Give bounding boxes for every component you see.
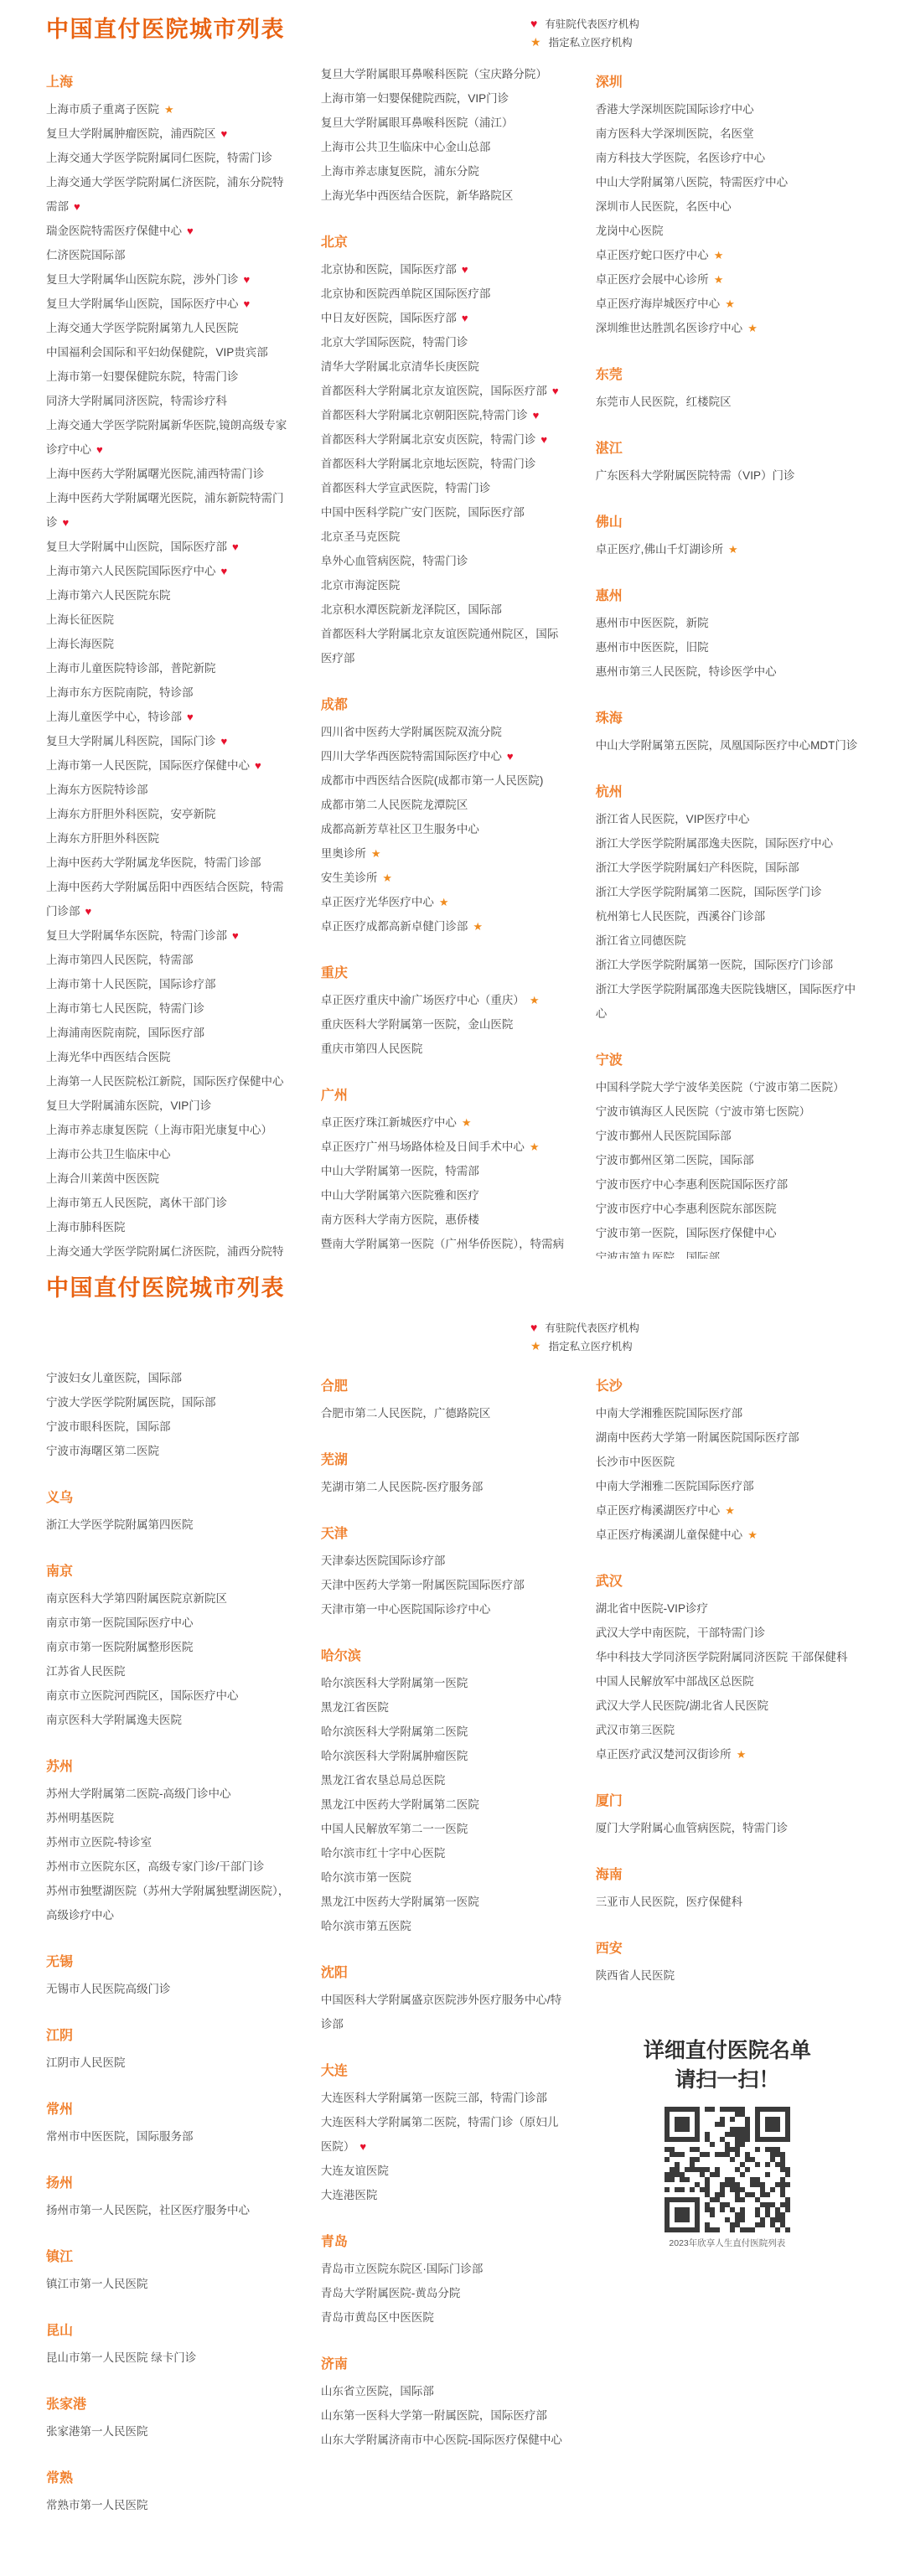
hospital-entry: 宁波市医疗中心李惠利医院国际医疗部 (596, 1172, 859, 1197)
page-title: 中国直付医院城市列表 (46, 15, 285, 44)
hospital-entry: 首都医科大学附属北京地坛医院，特需门诊 (321, 452, 566, 476)
hospital-entry: 复旦大学附属眼耳鼻喉科医院（宝庆路分院） (321, 62, 566, 86)
heart-icon: ♥ (232, 929, 239, 942)
hospital-entry: 深圳维世达胜凯名医诊疗中心★ (596, 316, 859, 340)
hospital-name: 卓正医疗广州马场路体检及日间手术中心 (321, 1141, 525, 1153)
hospital-name: 青岛市立医院东院区·国际门诊部 (321, 2263, 484, 2275)
city-header: 上海 (46, 70, 292, 95)
heart-icon: ♥ (187, 225, 194, 237)
legend-heart-row: ♥有驻院代表医疗机构 (530, 15, 859, 34)
hospital-name: 哈尔滨医科大学附属第一医院 (321, 1677, 468, 1689)
city-section-广州: 广州卓正医疗珠江新城医疗中心★卓正医疗广州马场路体检及日间手术中心★中山大学附属… (321, 1084, 566, 1259)
city-header: 长沙 (596, 1374, 859, 1399)
hospital-entry: 首都医科大学宣武医院，特需门诊 (321, 476, 566, 500)
heart-icon: ♥ (85, 905, 92, 918)
hospital-name: 南京市第一医院附属整形医院 (46, 1641, 194, 1653)
hospital-name: 江苏省人民医院 (46, 1665, 126, 1678)
hospital-name: 卓正医疗珠江新城医疗中心 (321, 1116, 457, 1129)
hospital-entry: 天津泰达医院国际诊疗部 (321, 1549, 566, 1573)
hospital-name: 上海市儿童医院特诊部，普陀新院 (46, 662, 216, 675)
hospital-entry: 深圳市人民医院，名医中心 (596, 194, 859, 219)
legend-heart-row: ♥有驻院代表医疗机构 (530, 1319, 859, 1337)
hospital-name: 上海市东方医院南院，特诊部 (46, 686, 194, 699)
heart-icon: ♥ (255, 759, 261, 772)
city-section-镇江: 镇江镇江市第一人民医院 (46, 2245, 292, 2296)
hospital-name: 首都医科大学附属北京友谊医院通州院区，国际医疗部 (321, 628, 559, 665)
hospital-name: 上海东方肝胆外科医院 (46, 832, 159, 845)
hospital-entry: 上海市东方医院南院，特诊部 (46, 680, 292, 705)
star-icon: ★ (530, 1141, 540, 1153)
hospital-entry: 大连医科大学附属第一医院三部，特需门诊部 (321, 2086, 566, 2110)
hospital-name: 宁波市医疗中心李惠利医院国际医疗部 (596, 1178, 789, 1191)
hospital-name: 上海市第十人民医院，国际诊疗部 (46, 978, 216, 991)
city-header: 青岛 (321, 2230, 566, 2254)
city-section-宁波: 宁波中国科学院大学宁波华美医院（宁波市第二医院）宁波市镇海区人民医院（宁波市第七… (596, 1048, 859, 1259)
star-icon: ★ (371, 847, 381, 860)
hospital-name: 中南大学湘雅二医院国际医疗部 (596, 1480, 754, 1492)
hospital-entry: 哈尔滨医科大学附属第二医院 (321, 1720, 566, 1744)
heart-icon: ♥ (533, 409, 540, 422)
hospital-entry: 宁波市镇海区人民医院（宁波市第七医院） (596, 1099, 859, 1124)
hospital-entry: 上海东方肝胆外科医院，安亭新院 (46, 802, 292, 826)
hospital-entry: 哈尔滨市第五医院 (321, 1914, 566, 1938)
hospital-entry: 大连友谊医院 (321, 2159, 566, 2183)
page-title: 中国直付医院城市列表 (46, 1274, 285, 1302)
city-header: 湛江 (596, 437, 859, 461)
city-section-北京: 北京北京协和医院，国际医疗部♥北京协和医院西单院区国际医疗部中日友好医院，国际医… (321, 230, 566, 670)
hospital-name: 惠州市第三人民医院，特诊医学中心 (596, 665, 777, 678)
star-icon: ★ (164, 103, 174, 116)
hospital-name: 龙岗中心医院 (596, 225, 664, 237)
hospital-name: 合肥市第二人民医院，广德路院区 (321, 1407, 491, 1420)
hospital-entry: 卓正医疗海岸城医疗中心★ (596, 292, 859, 316)
hospital-entry: 中山大学附属第五医院，凤凰国际医疗中心MDT门诊 (596, 733, 859, 758)
heart-icon: ♥ (221, 565, 228, 577)
star-icon: ★ (714, 249, 724, 261)
hospital-name: 镇江市第一人民医院 (46, 2278, 148, 2290)
hospital-entry: 南京市第一医院国际医疗中心 (46, 1611, 292, 1635)
hospital-name: 首都医科大学附属北京友谊医院，国际医疗部 (321, 385, 547, 397)
heart-icon: ♥ (462, 312, 468, 324)
page1-column-1: 上海上海市质子重离子医院★复旦大学附属肿瘤医院，浦西院区♥上海交通大学医学院附属… (46, 62, 292, 1259)
city-header: 哈尔滨 (321, 1644, 566, 1668)
hospital-name: 复旦大学附属肿瘤医院，浦西院区 (46, 127, 216, 140)
hospital-name: 大连友谊医院 (321, 2165, 389, 2177)
hospital-name: 浙江大学医学院附属第一医院，国际医疗门诊部 (596, 959, 834, 971)
hospital-name: 黑龙江中医药大学附属第二医院 (321, 1798, 479, 1811)
star-icon: ★ (725, 1504, 735, 1517)
hospital-entry: 黑龙江省农垦总局总医院 (321, 1768, 566, 1792)
hospital-name: 重庆医科大学附属第一医院，金山医院 (321, 1018, 514, 1031)
hospital-entry: 上海市公共卫生临床中心 (46, 1142, 292, 1166)
city-section-大连: 大连大连医科大学附属第一医院三部，特需门诊部大连医科大学附属第二医院，特需门诊（… (321, 2059, 566, 2207)
city-section-成都: 成都四川省中医药大学附属医院双流分院四川大学华西医院特需国际医疗中心♥成都市中西… (321, 693, 566, 939)
page1-column-3: 深圳香港大学深圳医院国际诊疗中心南方医科大学深圳医院，名医堂南方科技大学医院，名… (596, 62, 859, 1259)
hospital-name: 卓正医疗,佛山千灯湖诊所 (596, 543, 723, 556)
hospital-name: 上海市第一妇婴保健院东院，特需门诊 (46, 370, 239, 383)
city-header: 武汉 (596, 1570, 859, 1594)
hospital-name: 广东医科大学附属医院特需（VIP）门诊 (596, 469, 795, 482)
hospital-entry: 瑞金医院特需医疗保健中心♥ (46, 219, 292, 243)
hospital-entry: 苏州大学附属第二医院-高级门诊中心 (46, 1782, 292, 1806)
hospital-entry: 卓正医疗,佛山千灯湖诊所★ (596, 537, 859, 561)
hospital-name: 北京市海淀医院 (321, 579, 401, 592)
hospital-name: 浙江省立同德医院 (596, 934, 686, 947)
heart-icon: ♥ (530, 17, 537, 30)
hospital-entry: 黑龙江中医药大学附属第二医院 (321, 1792, 566, 1817)
hospital-name: 暨南大学附属第一医院（广州华侨医院），特需病区 (321, 1238, 564, 1259)
hospital-entry: 卓正医疗成都高新卓健门诊部★ (321, 914, 566, 939)
hospital-name: 复旦大学附属儿科医院，国际门诊 (46, 735, 216, 747)
hospital-entry: 中国人民解放军中部战区总医院 (596, 1669, 859, 1694)
city-section-常州: 常州常州市中医医院，国际服务部 (46, 2098, 292, 2149)
hospital-entry: 上海中医药大学附属曙光医院,浦西特需门诊 (46, 462, 292, 486)
hospital-entry: 中山大学附属第八医院，特需医疗中心 (596, 170, 859, 194)
hospital-entry: 南方医科大学深圳医院，名医堂 (596, 122, 859, 146)
city-section-深圳: 深圳香港大学深圳医院国际诊疗中心南方医科大学深圳医院，名医堂南方科技大学医院，名… (596, 70, 859, 340)
hospital-entry: 浙江大学医学院附属邵逸夫医院钱塘区，国际医疗中心 (596, 977, 859, 1026)
city-header: 无锡 (46, 1950, 292, 1974)
hospital-entry: 惠州市中医医院，旧院 (596, 635, 859, 660)
hospital-entry: 卓正医疗蛇口医疗中心★ (596, 243, 859, 267)
hospital-entry: 上海市第五人民医院，离休干部门诊 (46, 1191, 292, 1215)
hospital-entry: 上海市质子重离子医院★ (46, 97, 292, 122)
hospital-name: 浙江大学医学院附属第二医院，国际医学门诊 (596, 886, 822, 898)
hospital-entry: 北京协和医院西单院区国际医疗部 (321, 282, 566, 306)
hospital-name: 复旦大学附属眼耳鼻喉科医院（浦江） (321, 116, 514, 129)
page2-column-2: 合肥合肥市第二人民医院，广德路院区芜湖芜湖市第二人民医院-医疗服务部天津天津泰达… (321, 1366, 566, 2517)
hospital-name: 浙江省人民医院，VIP医疗中心 (596, 813, 750, 825)
star-icon: ★ (714, 273, 724, 286)
hospital-name: 上海儿童医学中心，特诊部 (46, 711, 182, 723)
hospital-entry: 卓正医疗广州马场路体检及日间手术中心★ (321, 1135, 566, 1159)
hospital-entry: 复旦大学附属华山医院，国际医疗中心♥ (46, 292, 292, 316)
city-section-天津: 天津天津泰达医院国际诊疗部天津中医药大学第一附属医院国际医疗部天津市第一中心医院… (321, 1522, 566, 1622)
hospital-name: 中国中医科学院广安门医院，国际医疗部 (321, 506, 525, 519)
hospital-entry: 复旦大学附属华东医院，特需门诊部♥ (46, 923, 292, 948)
city-section-苏州: 苏州苏州大学附属第二医院-高级门诊中心苏州明基医院苏州市立医院-特诊室苏州市立医… (46, 1755, 292, 1927)
hospital-name: 上海长征医院 (46, 613, 114, 626)
hospital-entry: 上海市第四人民医院，特需部 (46, 948, 292, 972)
hospital-entry: 四川省中医药大学附属医院双流分院 (321, 720, 566, 744)
hospital-entry: 宁波市鄞州区第二医院，国际部 (596, 1148, 859, 1172)
city-header: 江阴 (46, 2024, 292, 2048)
hospital-name: 昆山市第一人民医院 绿卡门诊 (46, 2351, 196, 2364)
star-icon: ★ (747, 322, 758, 334)
page2-columns: 宁波妇女儿童医院，国际部宁波大学医学院附属医院，国际部宁波市眼科医院，国际部宁波… (46, 1366, 859, 2517)
hospital-entry: 大连港医院 (321, 2183, 566, 2207)
hospital-entry: 首都医科大学附属北京安贞医院，特需门诊♥ (321, 427, 566, 452)
heart-icon: ♥ (507, 750, 514, 763)
city-section-continued: 宁波妇女儿童医院，国际部宁波大学医学院附属医院，国际部宁波市眼科医院，国际部宁波… (46, 1366, 292, 1463)
hospital-entry: 上海长征医院 (46, 608, 292, 632)
hospital-name: 山东省立医院，国际部 (321, 2385, 434, 2398)
heart-icon: ♥ (359, 2140, 366, 2153)
hospital-name: 宁波市鄞州区第二医院，国际部 (596, 1154, 754, 1166)
hospital-name: 三亚市人民医院，医疗保健科 (596, 1896, 743, 1908)
legend-star-label: 指定私立医疗机构 (549, 1341, 633, 1353)
hospital-entry: 卓正医疗光华医疗中心★ (321, 890, 566, 914)
hospital-entry: 上海交通大学医学院附属仁济医院，浦东分院特需部♥ (46, 170, 292, 219)
city-header: 宁波 (596, 1048, 859, 1073)
hospital-name: 宁波大学医学院附属医院，国际部 (46, 1396, 216, 1409)
hospital-entry: 上海光华中西医结合医院，新华路院区 (321, 184, 566, 208)
hospital-entry: 南京市立医院河西院区，国际医疗中心 (46, 1684, 292, 1708)
star-icon: ★ (530, 1339, 541, 1353)
hospital-entry: 北京大学国际医院，特需门诊 (321, 330, 566, 354)
city-header: 芜湖 (321, 1448, 566, 1472)
hospital-entry: 中国福利会国际和平妇幼保健院，VIP贵宾部 (46, 340, 292, 365)
hospital-name: 宁波市第一医院，国际医疗保健中心 (596, 1227, 777, 1239)
hospital-entry: 复旦大学附属肿瘤医院，浦西院区♥ (46, 122, 292, 146)
hospital-name: 卓正医疗海岸城医疗中心 (596, 297, 721, 310)
hospital-name: 无锡市人民医院高级门诊 (46, 1983, 171, 1995)
hospital-entry: 南方科技大学医院，名医诊疗中心 (596, 146, 859, 170)
city-header: 张家港 (46, 2392, 292, 2417)
hospital-entry: 三亚市人民医院，医疗保健科 (596, 1890, 859, 1914)
hospital-entry: 哈尔滨医科大学附属肿瘤医院 (321, 1744, 566, 1768)
hospital-entry: 大连医科大学附属第二医院，特需门诊（原妇儿医院）♥ (321, 2110, 566, 2159)
document: 中国直付医院城市列表 ♥有驻院代表医疗机构 ★指定私立医疗机构 上海上海市质子重… (0, 0, 905, 2563)
hospital-name: 天津泰达医院国际诊疗部 (321, 1554, 446, 1567)
hospital-entry: 仁济医院国际部 (46, 243, 292, 267)
hospital-name: 上海中医药大学附属岳阳中西医结合医院，特需门诊部 (46, 881, 284, 918)
hospital-name: 上海市养志康复医院，浦东分院 (321, 165, 479, 178)
hospital-name: 扬州市第一人民医院，社区医疗服务中心 (46, 2204, 250, 2216)
hospital-entry: 上海东方医院特诊部 (46, 778, 292, 802)
hospital-name: 卓正医疗光华医疗中心 (321, 896, 434, 908)
hospital-entry: 南方医科大学南方医院，惠侨楼 (321, 1208, 566, 1232)
hospital-name: 湖北省中医院-VIP诊疗 (596, 1602, 708, 1615)
hospital-name: 杭州第七人民医院，西溪谷门诊部 (596, 910, 766, 923)
hospital-entry: 北京协和医院，国际医疗部♥ (321, 257, 566, 282)
hospital-entry: 上海中医药大学附属岳阳中西医结合医院，特需门诊部♥ (46, 875, 292, 923)
hospital-name: 南京市第一医院国际医疗中心 (46, 1616, 194, 1629)
hospital-name: 中南大学湘雅医院国际医疗部 (596, 1407, 743, 1420)
hospital-name: 上海合川莱茵中医医院 (46, 1172, 159, 1185)
hospital-name: 香港大学深圳医院国际诊疗中心 (596, 103, 754, 116)
hospital-name: 上海交通大学医学院附属仁济医院，浦东分院特需部 (46, 176, 284, 213)
hospital-entry: 北京圣马克医院 (321, 525, 566, 549)
city-section-长沙: 长沙中南大学湘雅医院国际医疗部湖南中医药大学第一附属医院国际医疗部长沙市中医医院… (596, 1374, 859, 1547)
hospital-name: 中国医科大学附属盛京医院涉外医疗服务中心/特诊部 (321, 1994, 561, 2030)
hospital-name: 复旦大学附属眼耳鼻喉科医院（宝庆路分院） (321, 68, 547, 80)
hospital-entry: 常熟市第一人民医院 (46, 2493, 292, 2517)
hospital-name: 上海中医药大学附属龙华医院，特需门诊部 (46, 856, 261, 869)
hospital-entry: 苏州市立医院东区，高级专家门诊/干部门诊 (46, 1854, 292, 1879)
hospital-entry: 青岛大学附属医院-黄岛分院 (321, 2281, 566, 2305)
hospital-entry: 江阴市人民医院 (46, 2051, 292, 2075)
hospital-entry: 湖北省中医院-VIP诊疗 (596, 1596, 859, 1621)
hospital-entry: 中国中医科学院广安门医院，国际医疗部 (321, 500, 566, 525)
hospital-entry: 上海市第一妇婴保健院西院，VIP门诊 (321, 86, 566, 111)
city-header: 济南 (321, 2352, 566, 2377)
hospital-entry: 浙江省人民医院，VIP医疗中心 (596, 807, 859, 831)
hospital-name: 宁波市第九医院，国际部 (596, 1251, 721, 1259)
hospital-name: 南方医科大学深圳医院，名医堂 (596, 127, 754, 140)
hospital-entry: 重庆医科大学附属第一医院，金山医院 (321, 1012, 566, 1037)
hospital-name: 上海长海医院 (46, 638, 114, 650)
hospital-entry: 南京医科大学附属逸夫医院 (46, 1708, 292, 1732)
hospital-name: 中山大学附属第八医院，特需医疗中心 (596, 176, 789, 189)
hospital-name: 宁波市医疗中心李惠利医院东部医院 (596, 1203, 777, 1215)
hospital-name: 北京协和医院，国际医疗部 (321, 263, 457, 276)
hospital-entry: 成都市第二人民医院龙潭院区 (321, 793, 566, 817)
hospital-name: 复旦大学附属华山医院东院，涉外门诊 (46, 273, 239, 286)
hospital-entry: 复旦大学附属浦东医院，VIP门诊 (46, 1094, 292, 1118)
page-1: 中国直付医院城市列表 ♥有驻院代表医疗机构 ★指定私立医疗机构 上海上海市质子重… (0, 0, 905, 1259)
hospital-name: 上海交通大学医学院附属仁济医院，浦西分院特需部 (46, 1245, 284, 1259)
hospital-entry: 南京医科大学第四附属医院京新院区 (46, 1586, 292, 1611)
hospital-name: 中山大学附属第五医院，凤凰国际医疗中心MDT门诊 (596, 739, 858, 752)
hospital-name: 武汉市第三医院 (596, 1724, 675, 1736)
hospital-entry: 武汉大学中南医院，干部特需门诊 (596, 1621, 859, 1645)
hospital-name: 中国福利会国际和平妇幼保健院，VIP贵宾部 (46, 346, 268, 359)
hospital-name: 瑞金医院特需医疗保健中心 (46, 225, 182, 237)
hospital-name: 武汉大学中南医院，干部特需门诊 (596, 1627, 766, 1639)
hospital-name: 仁济医院国际部 (46, 249, 126, 261)
city-section-义乌: 义乌浙江大学医学院附属第四医院 (46, 1486, 292, 1537)
hospital-entry: 浙江大学医学院附属第四医院 (46, 1513, 292, 1537)
hospital-entry: 苏州市立医院-特诊室 (46, 1830, 292, 1854)
hospital-name: 首都医科大学宣武医院，特需门诊 (321, 482, 491, 494)
hospital-name: 上海市第七人民医院，特需门诊 (46, 1002, 204, 1015)
hospital-name: 上海第一人民医院松江新院，国际医疗保健中心 (46, 1075, 284, 1088)
city-header: 海南 (596, 1863, 859, 1887)
hospital-name: 惠州市中医医院，新院 (596, 617, 709, 629)
hospital-name: 上海交通大学医学院附属新华医院,镜朗高级专家诊疗中心 (46, 419, 287, 456)
hospital-entry: 成都市中西医结合医院(成都市第一人民医院) (321, 768, 566, 793)
hospital-entry: 浙江省立同德医院 (596, 928, 859, 953)
heart-icon: ♥ (530, 1321, 537, 1334)
hospital-name: 宁波市海曙区第二医院 (46, 1445, 159, 1457)
hospital-entry: 天津中医药大学第一附属医院国际医疗部 (321, 1573, 566, 1597)
hospital-entry: 上海市第一妇婴保健院东院，特需门诊 (46, 365, 292, 389)
hospital-name: 华中科技大学同济医学院附属同济医院 干部保健科 (596, 1651, 848, 1663)
hospital-name: 上海光华中西医结合医院 (46, 1051, 171, 1063)
hospital-entry: 浙江大学医学院附属第二医院，国际医学门诊 (596, 880, 859, 904)
hospital-name: 苏州市立医院-特诊室 (46, 1836, 152, 1849)
hospital-entry: 中国医科大学附属盛京医院涉外医疗服务中心/特诊部 (321, 1988, 566, 2036)
hospital-name: 卓正医疗蛇口医疗中心 (596, 249, 709, 261)
hospital-entry: 上海市儿童医院特诊部，普陀新院 (46, 656, 292, 680)
city-header: 珠海 (596, 706, 859, 731)
hospital-entry: 扬州市第一人民医院，社区医疗服务中心 (46, 2198, 292, 2222)
hospital-name: 苏州市立医院东区，高级专家门诊/干部门诊 (46, 1860, 264, 1873)
hospital-entry: 张家港第一人民医院 (46, 2419, 292, 2444)
heart-icon: ♥ (63, 516, 70, 529)
hospital-entry: 镇江市第一人民医院 (46, 2272, 292, 2296)
hospital-name: 上海市公共卫生临床中心金山总部 (321, 141, 491, 153)
hospital-entry: 首都医科大学附属北京友谊医院通州院区，国际医疗部 (321, 622, 566, 670)
hospital-name: 复旦大学附属中山医院，国际医疗部 (46, 541, 227, 553)
hospital-entry: 上海市肺科医院 (46, 1215, 292, 1239)
heart-icon: ♥ (232, 541, 239, 553)
hospital-entry: 安生美诊所★ (321, 866, 566, 890)
hospital-entry: 上海中医药大学附属曙光医院，浦东新院特需门诊♥ (46, 486, 292, 535)
heart-icon: ♥ (74, 200, 80, 213)
hospital-entry: 中山大学附属第六医院雅和医疗 (321, 1183, 566, 1208)
hospital-entry: 四川大学华西医院特需国际医疗中心♥ (321, 744, 566, 768)
city-header: 深圳 (596, 70, 859, 95)
hospital-entry: 北京市海淀医院 (321, 573, 566, 597)
hospital-entry: 中山大学附属第一医院，特需部 (321, 1159, 566, 1183)
hospital-entry: 青岛市黄岛区中医医院 (321, 2305, 566, 2330)
city-section-珠海: 珠海中山大学附属第五医院，凤凰国际医疗中心MDT门诊 (596, 706, 859, 758)
hospital-entry: 哈尔滨市红十字中心医院 (321, 1841, 566, 1865)
hospital-entry: 浙江大学医学院附属妇产科医院，国际部 (596, 856, 859, 880)
hospital-entry: 上海浦南医院南院，国际医疗部 (46, 1021, 292, 1045)
hospital-entry: 中南大学湘雅医院国际医疗部 (596, 1401, 859, 1425)
legend-star-row: ★指定私立医疗机构 (530, 34, 859, 52)
hospital-entry: 广东医科大学附属医院特需（VIP）门诊 (596, 463, 859, 488)
hospital-entry: 卓正医疗重庆中渝广场医疗中心（重庆）★ (321, 988, 566, 1012)
hospital-name: 青岛市黄岛区中医医院 (321, 2311, 434, 2324)
hospital-name: 常熟市第一人民医院 (46, 2499, 148, 2511)
hospital-name: 上海市肺科医院 (46, 1221, 126, 1234)
hospital-entry: 首都医科大学附属北京朝阳医院,特需门诊♥ (321, 403, 566, 427)
city-header: 合肥 (321, 1374, 566, 1399)
hospital-name: 南京医科大学第四附属医院京新院区 (46, 1592, 227, 1605)
hospital-entry: 上海合川莱茵中医医院 (46, 1166, 292, 1191)
hospital-name: 四川大学华西医院特需国际医疗中心 (321, 750, 502, 763)
hospital-entry: 卓正医疗珠江新城医疗中心★ (321, 1110, 566, 1135)
hospital-name: 成都市第二人民医院龙潭院区 (321, 799, 468, 811)
hospital-name: 四川省中医药大学附属医院双流分院 (321, 726, 502, 738)
hospital-entry: 上海市第七人民医院，特需门诊 (46, 996, 292, 1021)
qr-caption: 2023年欣享人生直付医院列表 (596, 2237, 859, 2249)
hospital-name: 哈尔滨市第一医院 (321, 1871, 411, 1884)
city-header: 大连 (321, 2059, 566, 2083)
hospital-entry: 长沙市中医医院 (596, 1450, 859, 1474)
hospital-name: 大连港医院 (321, 2189, 378, 2201)
heart-icon: ♥ (187, 711, 194, 723)
heart-icon: ♥ (244, 273, 251, 286)
hospital-entry: 龙岗中心医院 (596, 219, 859, 243)
city-header: 常熟 (46, 2466, 292, 2491)
hospital-entry: 上海长海医院 (46, 632, 292, 656)
hospital-name: 安生美诊所 (321, 872, 378, 884)
page2-column-1: 宁波妇女儿童医院，国际部宁波大学医学院附属医院，国际部宁波市眼科医院，国际部宁波… (46, 1366, 292, 2517)
hospital-name: 芜湖市第二人民医院-医疗服务部 (321, 1481, 484, 1493)
hospital-entry: 中国科学院大学宁波华美医院（宁波市第二医院） (596, 1075, 859, 1099)
hospital-entry: 湖南中医药大学第一附属医院国际医疗部 (596, 1425, 859, 1450)
heart-icon: ♥ (221, 127, 228, 140)
heart-icon: ♥ (96, 443, 103, 456)
hospital-name: 浙江大学医学院附属邵逸夫医院钱塘区，国际医疗中心 (596, 983, 856, 1020)
city-header: 西安 (596, 1937, 859, 1961)
hospital-entry: 中国人民解放军第二一一医院 (321, 1817, 566, 1841)
hospital-entry: 暨南大学附属第一医院（广州华侨医院），特需病区 (321, 1232, 566, 1259)
hospital-name: 北京协和医院西单院区国际医疗部 (321, 287, 491, 300)
city-header: 北京 (321, 230, 566, 255)
hospital-name: 清华大学附属北京清华长庚医院 (321, 360, 479, 373)
hospital-name: 中国人民解放军中部战区总医院 (596, 1675, 754, 1688)
page1-column-2: 复旦大学附属眼耳鼻喉科医院（宝庆路分院）上海市第一妇婴保健院西院，VIP门诊复旦… (321, 62, 566, 1259)
hospital-entry: 卓正医疗梅溪湖医疗中心★ (596, 1498, 859, 1523)
star-icon: ★ (725, 297, 735, 310)
hospital-name: 首都医科大学附属北京安贞医院，特需门诊 (321, 433, 536, 446)
hospital-name: 青岛大学附属医院-黄岛分院 (321, 2287, 461, 2299)
hospital-entry: 芜湖市第二人民医院-医疗服务部 (321, 1475, 566, 1499)
hospital-name: 黑龙江省农垦总局总医院 (321, 1774, 446, 1787)
hospital-entry: 武汉市第三医院 (596, 1718, 859, 1742)
hospital-entry: 卓正医疗会展中心诊所★ (596, 267, 859, 292)
city-section-东莞: 东莞东莞市人民医院，红楼院区 (596, 363, 859, 414)
hospital-entry: 中日友好医院，国际医疗部♥ (321, 306, 566, 330)
hospital-entry: 苏州明基医院 (46, 1806, 292, 1830)
city-section-杭州: 杭州浙江省人民医院，VIP医疗中心浙江大学医学院附属邵逸夫医院，国际医疗中心浙江… (596, 780, 859, 1026)
